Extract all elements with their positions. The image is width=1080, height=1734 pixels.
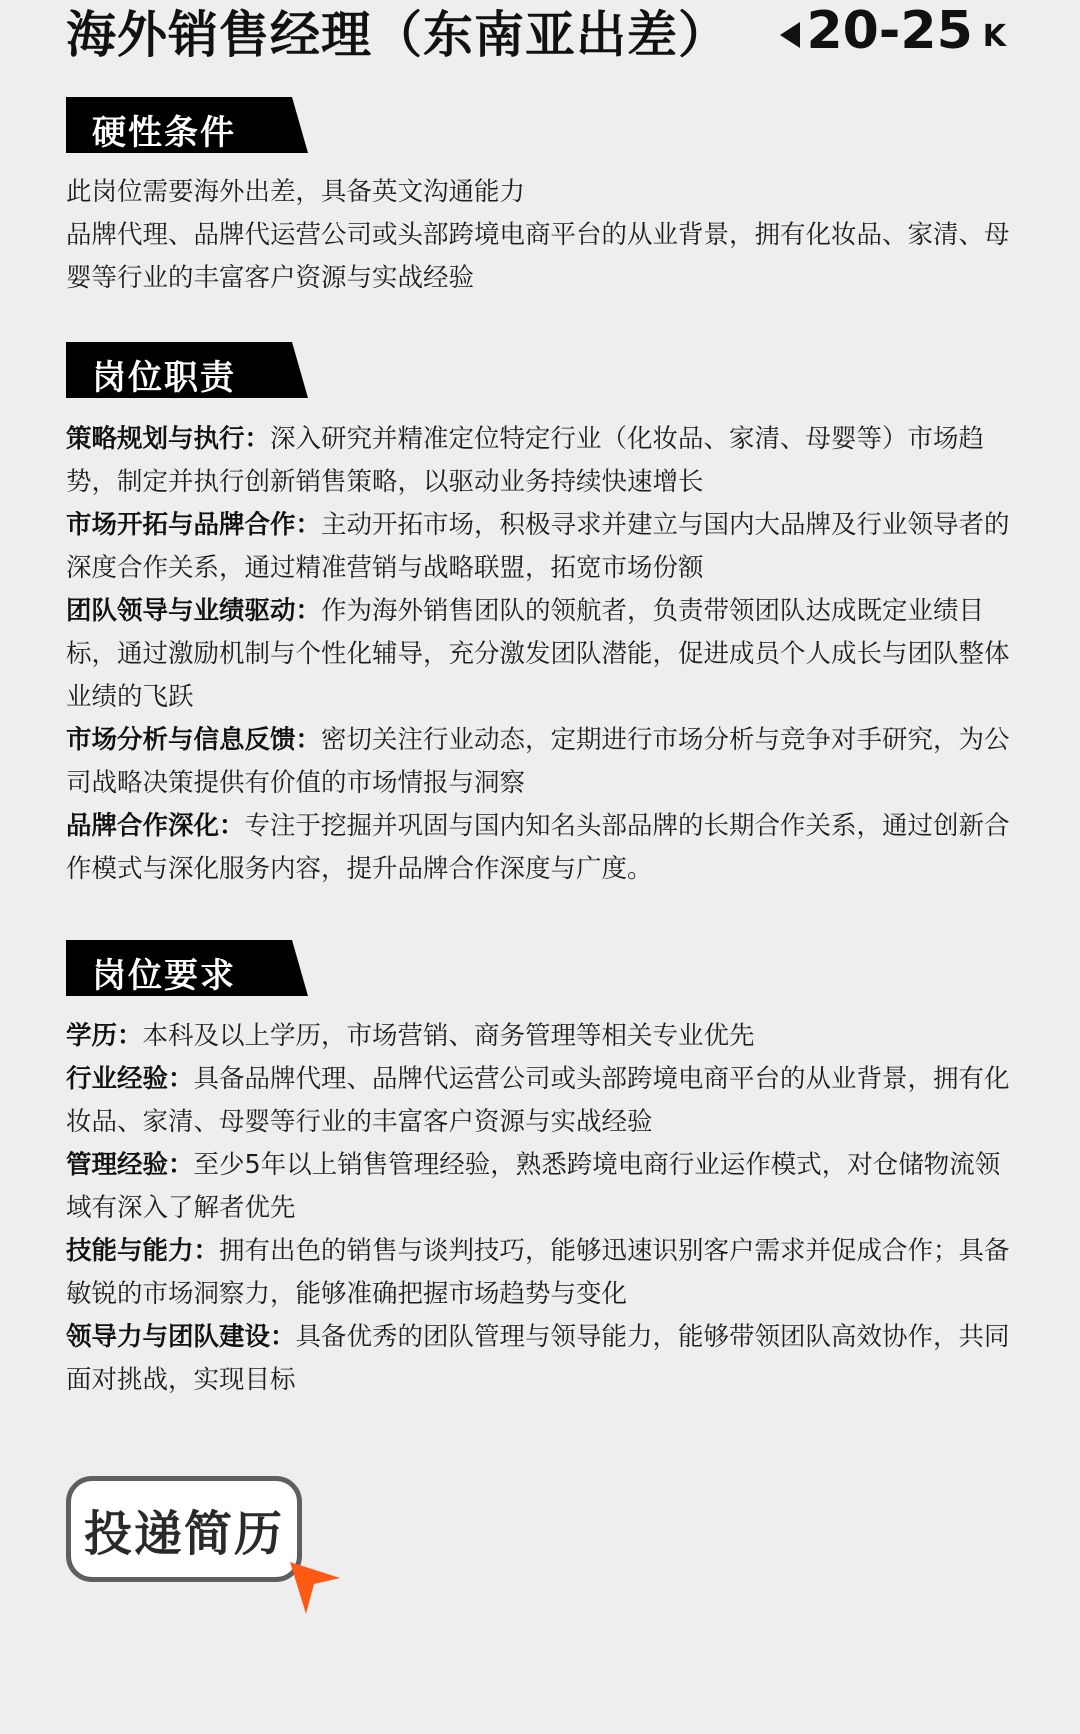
section-title: 岗位职责 (92, 350, 236, 399)
list-item: 市场开拓与品牌合作：主动开拓市场，积极寻求并建立与国内大品牌及行业领导者的深度合… (66, 504, 1016, 590)
triangle-left-icon (780, 22, 800, 48)
list-item: 管理经验：至少5年以上销售管理经验，熟悉跨境电商行业运作模式，对仓储物流领域有深… (66, 1144, 1016, 1230)
item-label: 行业经验： (66, 1064, 194, 1094)
section-tag-responsibilities: 岗位职责 (66, 342, 308, 398)
item-label: 学历： (66, 1021, 143, 1051)
responsibilities-list: 策略规划与执行：深入研究并精准定位特定行业（化妆品、家清、母婴等）市场趋势，制定… (66, 418, 1016, 891)
section-tag-requirements: 岗位要求 (66, 940, 308, 996)
requirements-list: 学历：本科及以上学历，市场营销、商务管理等相关专业优先 行业经验：具备品牌代理、… (66, 1015, 1016, 1402)
item-label: 技能与能力： (66, 1236, 219, 1266)
list-item: 团队领导与业绩驱动：作为海外销售团队的领航者，负责带领团队达成既定业绩目标，通过… (66, 590, 1016, 719)
item-label: 团队领导与业绩驱动： (66, 596, 321, 626)
list-item: 品牌合作深化：专注于挖掘并巩固与国内知名头部品牌的长期合作关系，通过创新合作模式… (66, 805, 1016, 891)
item-label: 领导力与团队建设： (66, 1322, 296, 1352)
item-label: 管理经验： (66, 1150, 194, 1180)
list-item: 策略规划与执行：深入研究并精准定位特定行业（化妆品、家清、母婴等）市场趋势，制定… (66, 418, 1016, 504)
item-label: 市场开拓与品牌合作： (66, 510, 321, 540)
item-text: 至少5年以上销售管理经验，熟悉跨境电商行业运作模式，对仓储物流领域有深入了解者优… (66, 1150, 1000, 1223)
item-text: 具备品牌代理、品牌代运营公司或头部跨境电商平台的从业背景，拥有化妆品、家清、母婴… (66, 1064, 1010, 1137)
requirement-line: 此岗位需要海外出差，具备英文沟通能力 (66, 171, 1016, 214)
salary-unit: K (983, 19, 1006, 54)
section-tag-hard-requirements: 硬性条件 (66, 97, 308, 153)
section-title: 硬性条件 (92, 105, 236, 154)
job-title: 海外销售经理（东南亚出差） (66, 0, 729, 67)
header: 海外销售经理（东南亚出差） 20-25 K (66, 0, 1006, 62)
list-item: 市场分析与信息反馈：密切关注行业动态，定期进行市场分析与竞争对手研究，为公司战略… (66, 719, 1016, 805)
item-text: 本科及以上学历，市场营销、商务管理等相关专业优先 (143, 1021, 755, 1051)
cursor-arrow-icon (290, 1562, 340, 1614)
item-label: 品牌合作深化： (66, 811, 245, 841)
salary-value: 20-25 (806, 2, 972, 60)
item-label: 市场分析与信息反馈： (66, 725, 321, 755)
item-label: 策略规划与执行： (66, 424, 270, 454)
list-item: 领导力与团队建设：具备优秀的团队管理与领导能力，能够带领团队高效协作，共同面对挑… (66, 1316, 1016, 1402)
apply-resume-button[interactable]: 投递简历 (66, 1476, 302, 1582)
list-item: 技能与能力：拥有出色的销售与谈判技巧，能够迅速识别客户需求并促成合作；具备敏锐的… (66, 1230, 1016, 1316)
salary-range: 20-25 K (780, 2, 1006, 60)
list-item: 行业经验：具备品牌代理、品牌代运营公司或头部跨境电商平台的从业背景，拥有化妆品、… (66, 1058, 1016, 1144)
list-item: 学历：本科及以上学历，市场营销、商务管理等相关专业优先 (66, 1015, 1016, 1058)
hard-requirements-text: 此岗位需要海外出差，具备英文沟通能力 品牌代理、品牌代运营公司或头部跨境电商平台… (66, 171, 1016, 300)
section-title: 岗位要求 (92, 948, 236, 997)
requirement-line: 品牌代理、品牌代运营公司或头部跨境电商平台的从业背景，拥有化妆品、家清、母婴等行… (66, 214, 1016, 300)
apply-button-label: 投递简历 (84, 1495, 284, 1564)
